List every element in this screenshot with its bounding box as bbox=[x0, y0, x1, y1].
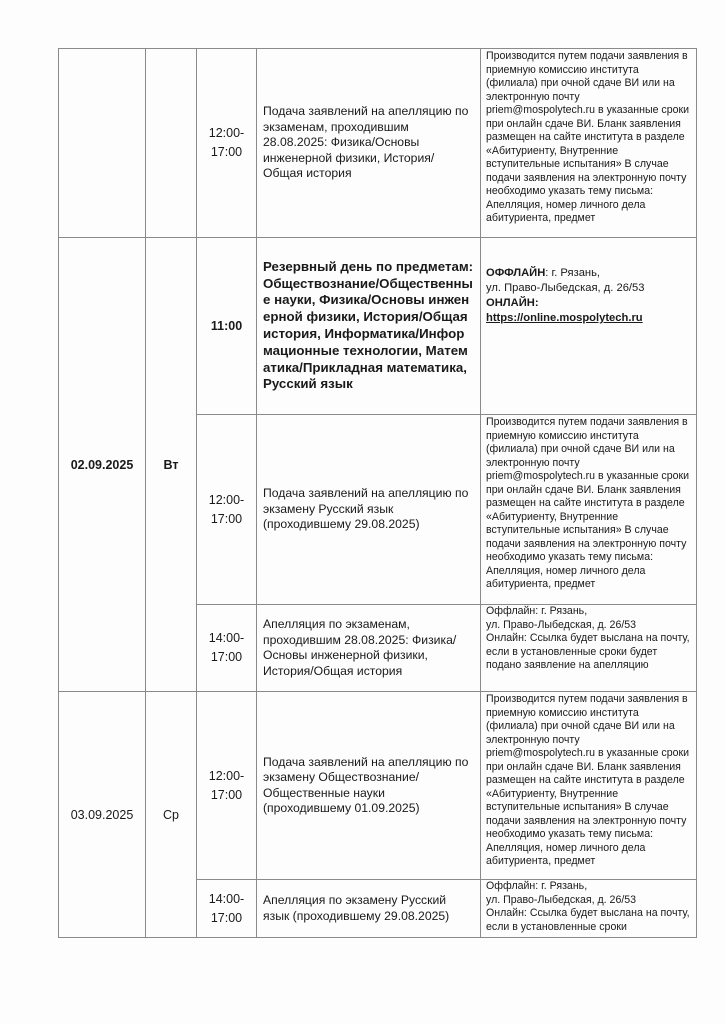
info-cell: Производится путем подачи заявления в пр… bbox=[480, 691, 697, 880]
info-text: Оффлайн: г. Рязань, ул. Право-Лыбедская,… bbox=[486, 605, 691, 673]
time-cell: 12:00- 17:00 bbox=[196, 414, 257, 605]
time-cell: 14:00- 17:00 bbox=[196, 604, 257, 692]
event-text: Подача заявлений на апелляцию по экзамен… bbox=[263, 486, 474, 533]
date-cell: 03.09.2025 bbox=[58, 691, 146, 938]
event-text: Апелляция по экзамену Русский язык (прох… bbox=[263, 893, 474, 924]
event-text: Резервный день по предметам: Обществозна… bbox=[263, 259, 474, 393]
weekday-cell-empty bbox=[145, 48, 197, 238]
info-text: Производится путем подачи заявления в пр… bbox=[486, 416, 691, 592]
date-text: 02.09.2025 bbox=[71, 458, 134, 472]
offline-label: ОФФЛАЙН bbox=[486, 267, 545, 279]
info-text: Производится путем подачи заявления в пр… bbox=[486, 50, 691, 226]
time-cell: 12:00- 17:00 bbox=[196, 48, 257, 238]
online-label: ОНЛАЙН: bbox=[486, 297, 539, 309]
info-text: Производится путем подачи заявления в пр… bbox=[486, 693, 691, 869]
time-text: 14:00- 17:00 bbox=[209, 629, 244, 667]
event-cell: Подача заявлений на апелляцию по экзамен… bbox=[256, 414, 481, 605]
event-cell: Апелляция по экзаменам, проходившим 28.0… bbox=[256, 604, 481, 692]
online-link[interactable]: https://online.mospolytech.ru bbox=[486, 312, 643, 324]
date-cell-empty bbox=[58, 48, 146, 238]
event-text: Подача заявлений на апелляцию по экзамен… bbox=[263, 755, 474, 817]
time-cell: 14:00- 17:00 bbox=[196, 879, 257, 938]
event-text: Подача заявлений на апелляцию по экзамен… bbox=[263, 104, 474, 182]
weekday-text: Ср bbox=[163, 808, 179, 822]
info-cell: Производится путем подачи заявления в пр… bbox=[480, 48, 697, 238]
event-cell: Подача заявлений на апелляцию по экзамен… bbox=[256, 48, 481, 238]
event-cell: Апелляция по экзамену Русский язык (прох… bbox=[256, 879, 481, 938]
event-cell: Резервный день по предметам: Обществозна… bbox=[256, 237, 481, 415]
weekday-cell: Ср bbox=[145, 691, 197, 938]
time-text: 11:00 bbox=[211, 317, 242, 336]
info-cell: Оффлайн: г. Рязань, ул. Право-Лыбедская,… bbox=[480, 604, 697, 692]
time-text: 14:00- 17:00 bbox=[209, 890, 244, 928]
info-cell: Производится путем подачи заявления в пр… bbox=[480, 414, 697, 605]
event-cell: Подача заявлений на апелляцию по экзамен… bbox=[256, 691, 481, 880]
weekday-cell: Вт bbox=[145, 237, 197, 692]
time-text: 12:00- 17:00 bbox=[209, 124, 244, 162]
time-text: 12:00- 17:00 bbox=[209, 491, 244, 529]
weekday-text: Вт bbox=[164, 458, 179, 472]
info-cell: ОФФЛАЙН: г. Рязань, ул. Право-Лыбедская,… bbox=[480, 237, 697, 415]
time-cell: 11:00 bbox=[196, 237, 257, 415]
info-cell: Оффлайн: г. Рязань, ул. Право-Лыбедская,… bbox=[480, 879, 697, 938]
event-text: Апелляция по экзаменам, проходившим 28.0… bbox=[263, 617, 474, 679]
info-text: Оффлайн: г. Рязань, ул. Право-Лыбедская,… bbox=[486, 880, 691, 934]
date-text: 03.09.2025 bbox=[71, 808, 134, 822]
time-text: 12:00- 17:00 bbox=[209, 767, 244, 805]
time-cell: 12:00- 17:00 bbox=[196, 691, 257, 880]
date-cell: 02.09.2025 bbox=[58, 237, 146, 692]
